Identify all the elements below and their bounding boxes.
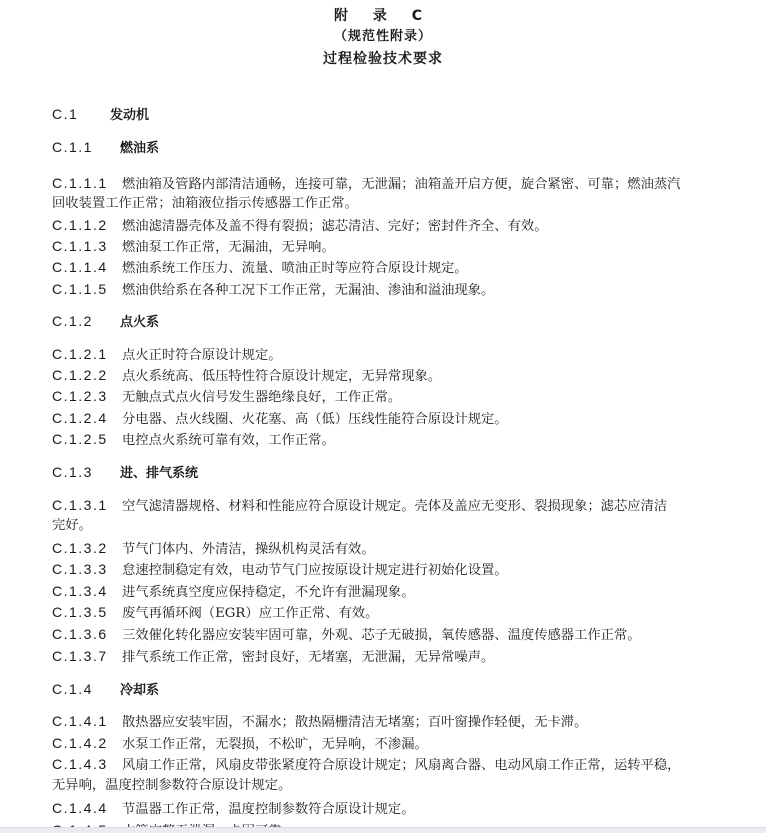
clause-c134: C.1.3.4进气系统真空度应保持稳定，不允许有泄漏现象。 xyxy=(52,580,415,602)
clause-c112: C.1.1.2燃油滤清器壳体及盖不得有裂损；滤芯清洁、完好；密封件齐全、有效。 xyxy=(52,214,548,236)
appendix-type: （规范性附录） xyxy=(0,26,766,48)
clause-text: 水泵工作正常，无裂损，不松旷，无异响，不渗漏。 xyxy=(122,737,428,752)
section-title: 点火系 xyxy=(120,315,159,330)
clause-c111: C.1.1.1燃油箱及管路内部清洁通畅，连接可靠，无泄漏；油箱盖开启方便，旋合紧… xyxy=(52,172,680,194)
clause-number: C.1.2.2 xyxy=(52,364,122,386)
section-number: C.1 xyxy=(52,103,110,125)
clause-c114: C.1.1.4燃油系统工作压力、流量、喷油正时等应符合原设计规定。 xyxy=(52,256,468,278)
clause-c123: C.1.2.3无触点式点火信号发生器绝缘良好，工作正常。 xyxy=(52,385,401,407)
section-number: C.1.2 xyxy=(52,310,120,332)
section-heading-c14: C.1.4冷却系 xyxy=(52,678,159,700)
clause-text: 节气门体内、外清洁，操纵机构灵活有效。 xyxy=(122,542,375,557)
clause-number: C.1.4.2 xyxy=(52,732,122,754)
clause-text: 电控点火系统可靠有效，工作正常。 xyxy=(122,433,335,448)
clause-number: C.1.4.1 xyxy=(52,710,122,732)
clause-number: C.1.3.4 xyxy=(52,580,122,602)
clause-c137: C.1.3.7排气系统工作正常，密封良好，无堵塞，无泄漏，无异常噪声。 xyxy=(52,645,494,667)
appendix-title: 过程检验技术要求 xyxy=(0,48,766,70)
section-heading-c12: C.1.2点火系 xyxy=(52,310,159,332)
clause-number: C.1.2.5 xyxy=(52,428,122,450)
clause-c113: C.1.1.3燃油泵工作正常，无漏油，无异响。 xyxy=(52,235,335,257)
clause-number: C.1.3.6 xyxy=(52,623,122,645)
clause-number: C.1.1.5 xyxy=(52,278,122,300)
section-number: C.1.1 xyxy=(52,136,120,158)
clause-text: 排气系统工作正常，密封良好，无堵塞，无泄漏，无异常噪声。 xyxy=(122,650,494,665)
clause-c143-continued: 无异响，温度控制参数符合原设计规定。 xyxy=(52,775,291,797)
clause-number: C.1.2.4 xyxy=(52,407,122,429)
clause-c135: C.1.3.5废气再循环阀（EGR）应工作正常、有效。 xyxy=(52,601,378,623)
clause-text: 散热器应安装牢固，不漏水；散热隔栅清洁无堵塞；百叶窗操作轻便，无卡滞。 xyxy=(122,715,587,730)
clause-number: C.1.3.1 xyxy=(52,494,122,516)
clause-c131-continued: 完好。 xyxy=(52,515,92,537)
clause-text: 燃油泵工作正常，无漏油，无异响。 xyxy=(122,240,335,255)
clause-c124: C.1.2.4分电器、点火线圈、火花塞、高（低）压线性能符合原设计规定。 xyxy=(52,407,508,429)
clause-text: 废气再循环阀（EGR）应工作正常、有效。 xyxy=(122,606,378,621)
section-title: 进、排气系统 xyxy=(120,466,198,481)
clause-number: C.1.3.2 xyxy=(52,537,122,559)
clause-text: 空气滤清器规格、材料和性能应符合原设计规定。壳体及盖应无变形、裂损现象；滤芯应清… xyxy=(122,499,667,514)
clause-c125: C.1.2.5电控点火系统可靠有效，工作正常。 xyxy=(52,428,335,450)
clause-text: 分电器、点火线圈、火花塞、高（低）压线性能符合原设计规定。 xyxy=(122,412,508,427)
clause-text: 进气系统真空度应保持稳定，不允许有泄漏现象。 xyxy=(122,585,415,600)
clause-number: C.1.1.3 xyxy=(52,235,122,257)
clause-text: 三效催化转化器应安装牢固可靠，外观、芯子无破损，氧传感器、温度传感器工作正常。 xyxy=(122,628,641,643)
clause-number: C.1.4.3 xyxy=(52,753,122,775)
clause-c121: C.1.2.1点火正时符合原设计规定。 xyxy=(52,343,282,365)
clause-number: C.1.1.2 xyxy=(52,214,122,236)
appendix-header: 附 录 C （规范性附录） 过程检验技术要求 xyxy=(0,6,766,70)
clause-c132: C.1.3.2节气门体内、外清洁，操纵机构灵活有效。 xyxy=(52,537,375,559)
clause-number: C.1.2.3 xyxy=(52,385,122,407)
clause-text: 燃油系统工作压力、流量、喷油正时等应符合原设计规定。 xyxy=(122,261,468,276)
clause-text: 燃油滤清器壳体及盖不得有裂损；滤芯清洁、完好；密封件齐全、有效。 xyxy=(122,219,548,234)
clause-text: 燃油箱及管路内部清洁通畅，连接可靠，无泄漏；油箱盖开启方便，旋合紧密、可靠；燃油… xyxy=(122,177,680,192)
clause-number: C.1.1.1 xyxy=(52,172,122,194)
section-number: C.1.3 xyxy=(52,461,120,483)
clause-c122: C.1.2.2点火系统高、低压特性符合原设计规定，无异常现象。 xyxy=(52,364,441,386)
section-title: 发动机 xyxy=(110,108,149,123)
clause-c143: C.1.4.3风扇工作正常，风扇皮带张紧度符合原设计规定；风扇离合器、电动风扇工… xyxy=(52,753,680,775)
section-heading-c1: C.1发动机 xyxy=(52,103,149,125)
clause-c115: C.1.1.5燃油供给系在各种工况下工作正常，无漏油、渗油和溢油现象。 xyxy=(52,278,494,300)
clause-text: 燃油供给系在各种工况下工作正常，无漏油、渗油和溢油现象。 xyxy=(122,283,494,298)
clause-c141: C.1.4.1散热器应安装牢固，不漏水；散热隔栅清洁无堵塞；百叶窗操作轻便，无卡… xyxy=(52,710,587,732)
clause-number: C.1.1.4 xyxy=(52,256,122,278)
clause-c133: C.1.3.3怠速控制稳定有效，电动节气门应按原设计规定进行初始化设置。 xyxy=(52,558,508,580)
clause-number: C.1.4.4 xyxy=(52,797,122,819)
clause-text: 点火正时符合原设计规定。 xyxy=(122,348,282,363)
clause-c131: C.1.3.1空气滤清器规格、材料和性能应符合原设计规定。壳体及盖应无变形、裂损… xyxy=(52,494,667,516)
clause-number: C.1.3.5 xyxy=(52,601,122,623)
viewer-bottom-edge xyxy=(0,827,766,833)
section-heading-c11: C.1.1燃油系 xyxy=(52,136,159,158)
clause-c142: C.1.4.2水泵工作正常，无裂损，不松旷，无异响，不渗漏。 xyxy=(52,732,428,754)
section-heading-c13: C.1.3进、排气系统 xyxy=(52,461,198,483)
clause-c144: C.1.4.4节温器工作正常，温度控制参数符合原设计规定。 xyxy=(52,797,415,819)
clause-number: C.1.3.7 xyxy=(52,645,122,667)
clause-text: 怠速控制稳定有效，电动节气门应按原设计规定进行初始化设置。 xyxy=(122,563,508,578)
clause-text: 点火系统高、低压特性符合原设计规定，无异常现象。 xyxy=(122,369,441,384)
clause-text: 节温器工作正常，温度控制参数符合原设计规定。 xyxy=(122,802,415,817)
clause-text: 风扇工作正常，风扇皮带张紧度符合原设计规定；风扇离合器、电动风扇工作正常，运转平… xyxy=(122,758,680,773)
appendix-label: 附 录 C xyxy=(0,6,766,26)
section-number: C.1.4 xyxy=(52,678,120,700)
clause-c111-continued: 回收装置工作正常；油箱液位指示传感器工作正常。 xyxy=(52,193,358,215)
section-title: 燃油系 xyxy=(120,141,159,156)
clause-text: 无触点式点火信号发生器绝缘良好，工作正常。 xyxy=(122,390,401,405)
clause-number: C.1.3.3 xyxy=(52,558,122,580)
clause-c136: C.1.3.6三效催化转化器应安装牢固可靠，外观、芯子无破损，氧传感器、温度传感… xyxy=(52,623,641,645)
section-title: 冷却系 xyxy=(120,683,159,698)
clause-number: C.1.2.1 xyxy=(52,343,122,365)
